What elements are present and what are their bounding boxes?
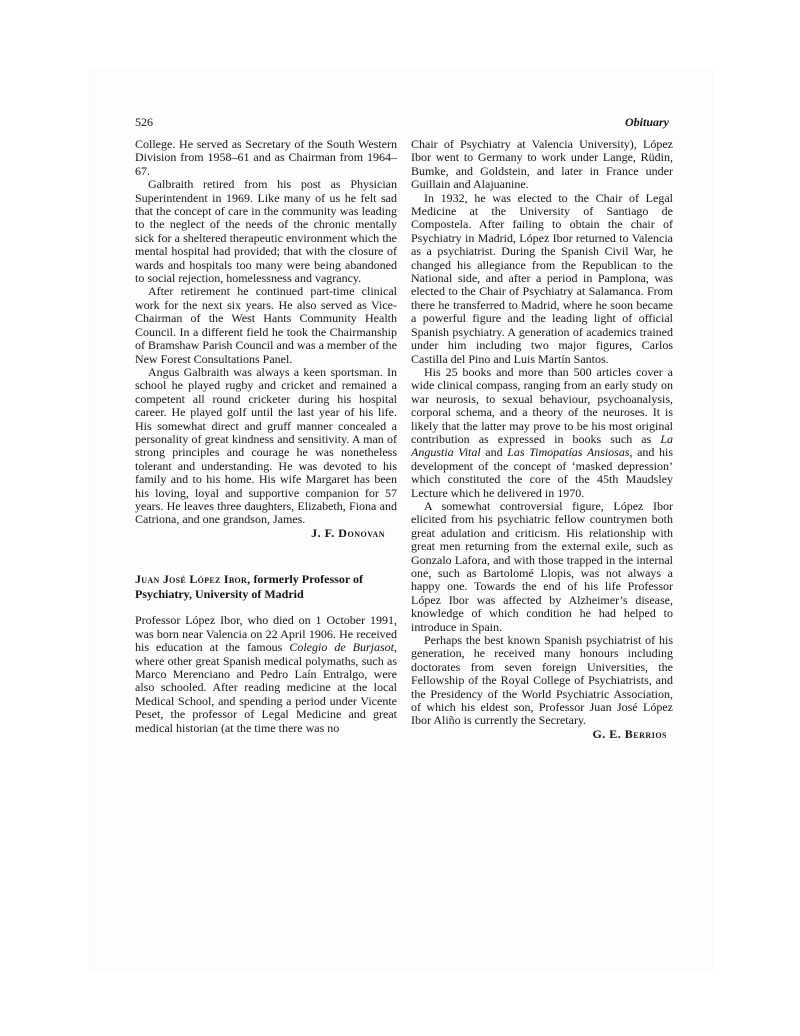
paragraph-controversial: A somewhat controversial figure, López I…	[411, 500, 673, 634]
page-background: 526 Obituary College. He served as Secre…	[0, 0, 800, 1036]
author-signature-berrios: G. E. Berrios	[411, 728, 673, 741]
paragraph-germany: Chair of Psychiatry at Valencia Universi…	[411, 138, 673, 192]
heading-name: Juan José López Ibor,	[135, 572, 250, 586]
text-run: His 25 books and more than 500 articles …	[411, 365, 673, 446]
left-column: College. He served as Secretary of the S…	[135, 138, 397, 741]
two-column-layout: College. He served as Secretary of the S…	[135, 138, 673, 741]
paragraph-intro: Professor López Ibor, who died on 1 Octo…	[135, 614, 397, 735]
paragraph-sportsman: Angus Galbraith was always a keen sports…	[135, 366, 397, 527]
paragraph-books: His 25 books and more than 500 articles …	[411, 366, 673, 500]
text-run: and	[481, 445, 508, 459]
text-run-italic: Las Timopatías Ansiosas	[507, 445, 629, 459]
paragraph-best-known: Perhaps the best known Spanish psychiatr…	[411, 634, 673, 728]
running-header: 526 Obituary	[135, 115, 673, 129]
paragraph-retired: Galbraith retired from his post as Physi…	[135, 178, 397, 285]
text-run: , where other great Spanish medical poly…	[135, 640, 397, 734]
running-title: Obituary	[625, 115, 673, 129]
paragraph-college: College. He served as Secretary of the S…	[135, 138, 397, 178]
right-column: Chair of Psychiatry at Valencia Universi…	[411, 138, 673, 741]
journal-page: 526 Obituary College. He served as Secre…	[90, 69, 712, 970]
paragraph-1932: In 1932, he was elected to the Chair of …	[411, 192, 673, 366]
section-heading: Juan José López Ibor, formerly Professor…	[135, 572, 397, 601]
text-run-italic: Colegio de Burjasot	[289, 640, 394, 654]
page-number: 526	[135, 115, 153, 129]
author-signature-donovan: J. F. Donovan	[135, 527, 397, 540]
paragraph-after-retirement: After retirement he continued part-time …	[135, 285, 397, 365]
page-content: 526 Obituary College. He served as Secre…	[135, 115, 673, 741]
